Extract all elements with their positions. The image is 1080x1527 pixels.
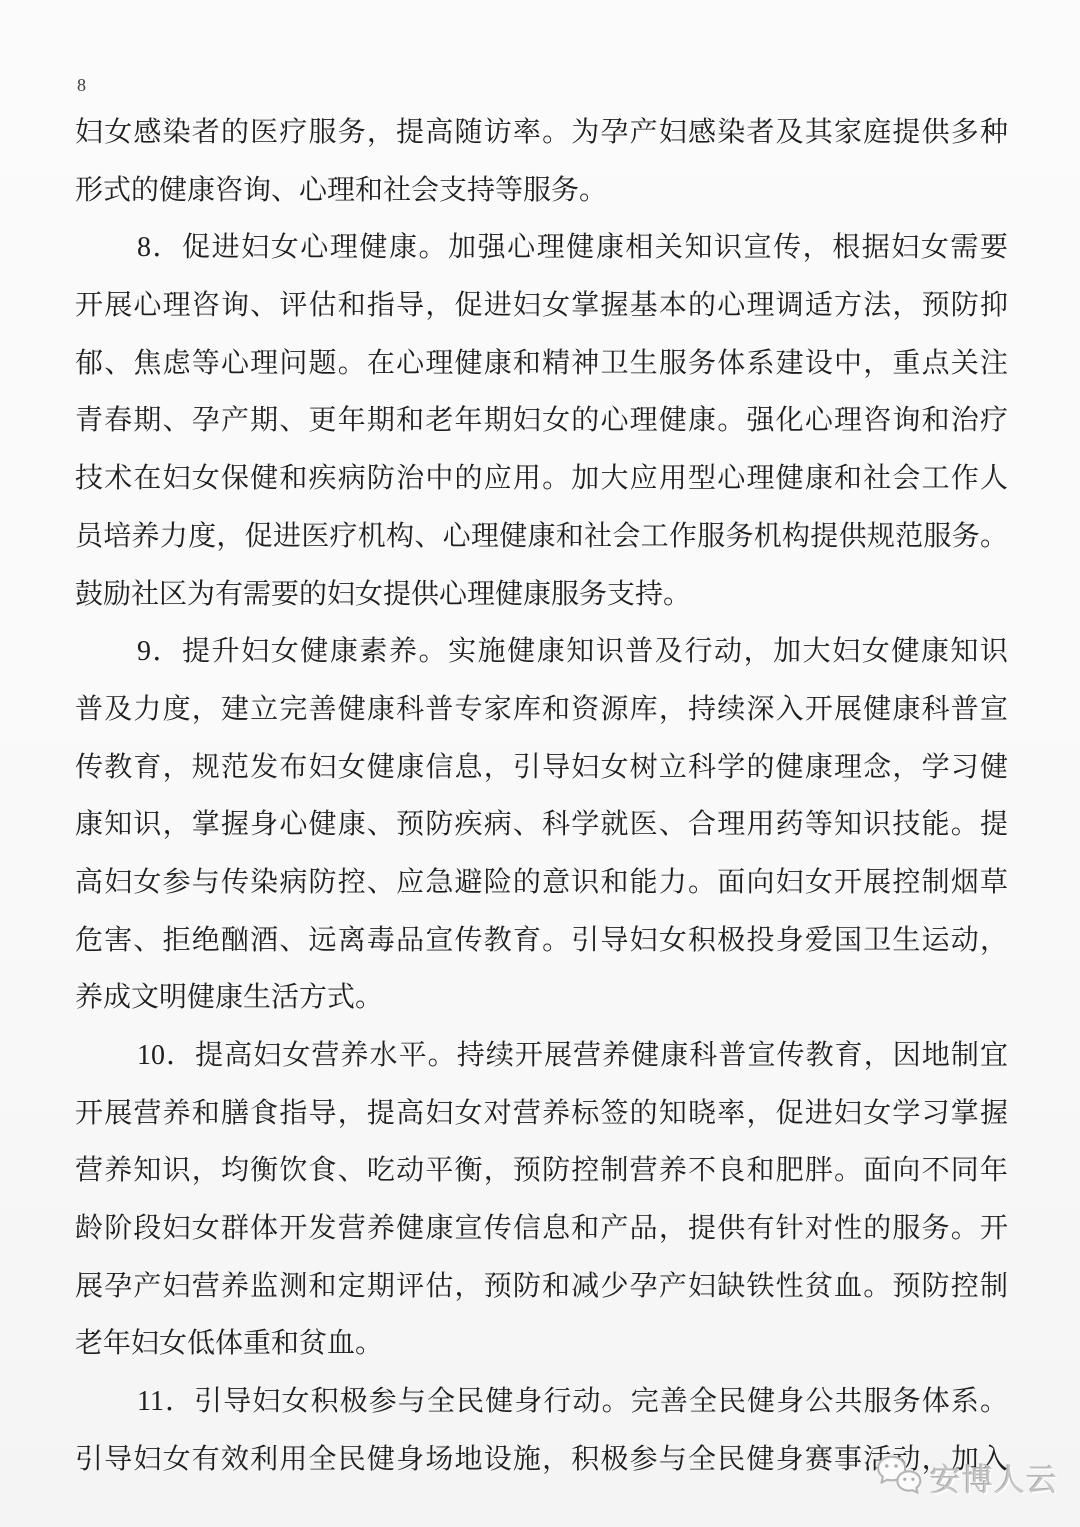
- text-line: 郁、焦虑等心理问题。在心理健康和精神卫生服务体系建设中，重点关注: [75, 335, 1008, 393]
- text-line: 引导妇女有效利用全民健身场地设施，积极参与全民健身赛事活动，加入: [75, 1431, 1008, 1489]
- watermark-label: 安博人云: [930, 1455, 1058, 1500]
- text-line: 老年妇女低体重和贫血。: [75, 1315, 1008, 1373]
- text-line: 营养知识，均衡饮食、吃动平衡，预防控制营养不良和肥胖。面向不同年: [75, 1142, 1008, 1200]
- text-line: 鼓励社区为有需要的妇女提供心理健康服务支持。: [75, 566, 1008, 624]
- text-line: 青春期、孕产期、更年期和老年期妇女的心理健康。强化心理咨询和治疗: [75, 392, 1008, 450]
- text-line: 龄阶段妇女群体开发营养健康宣传信息和产品，提供有针对性的服务。开: [75, 1200, 1008, 1258]
- text-line: 8．促进妇女心理健康。加强心理健康相关知识宣传，根据妇女需要: [75, 219, 1008, 277]
- text-line: 10．提高妇女营养水平。持续开展营养健康科普宣传教育，因地制宜: [75, 1027, 1008, 1085]
- text-line: 高妇女参与传染病防控、应急避险的意识和能力。面向妇女开展控制烟草: [75, 854, 1008, 912]
- text-line: 养成文明健康生活方式。: [75, 969, 1008, 1027]
- text-line: 展孕产妇营养监测和定期评估，预防和减少孕产妇缺铁性贫血。预防控制: [75, 1258, 1008, 1316]
- text-line: 9．提升妇女健康素养。实施健康知识普及行动，加大妇女健康知识: [75, 623, 1008, 681]
- text-line: 开展营养和膳食指导，提高妇女对营养标签的知晓率，促进妇女学习掌握: [75, 1085, 1008, 1143]
- document-body: 妇女感染者的医疗服务，提高随访率。为孕产妇感染者及其家庭提供多种形式的健康咨询、…: [75, 104, 1008, 1489]
- text-line: 传教育，规范发布妇女健康信息，引导妇女树立科学的健康理念，学习健: [75, 739, 1008, 797]
- text-line: 普及力度，建立完善健康科普专家库和资源库，持续深入开展健康科普宣: [75, 681, 1008, 739]
- text-line: 危害、拒绝酗酒、远离毒品宣传教育。引导妇女积极投身爱国卫生运动，: [75, 912, 1008, 970]
- document-page: 8 妇女感染者的医疗服务，提高随访率。为孕产妇感染者及其家庭提供多种形式的健康咨…: [0, 0, 1080, 1527]
- text-line: 妇女感染者的医疗服务，提高随访率。为孕产妇感染者及其家庭提供多种: [75, 104, 1008, 162]
- text-line: 11．引导妇女积极参与全民健身行动。完善全民健身公共服务体系。: [75, 1373, 1008, 1431]
- page-number: 8: [77, 75, 86, 96]
- watermark: 安博人云: [875, 1452, 1058, 1502]
- text-line: 员培养力度，促进医疗机构、心理健康和社会工作服务机构提供规范服务。: [75, 508, 1008, 566]
- wechat-icon: [875, 1452, 925, 1502]
- text-line: 形式的健康咨询、心理和社会支持等服务。: [75, 162, 1008, 220]
- text-line: 开展心理咨询、评估和指导，促进妇女掌握基本的心理调适方法，预防抑: [75, 277, 1008, 335]
- text-line: 康知识，掌握身心健康、预防疾病、科学就医、合理用药等知识技能。提: [75, 796, 1008, 854]
- text-line: 技术在妇女保健和疾病防治中的应用。加大应用型心理健康和社会工作人: [75, 450, 1008, 508]
